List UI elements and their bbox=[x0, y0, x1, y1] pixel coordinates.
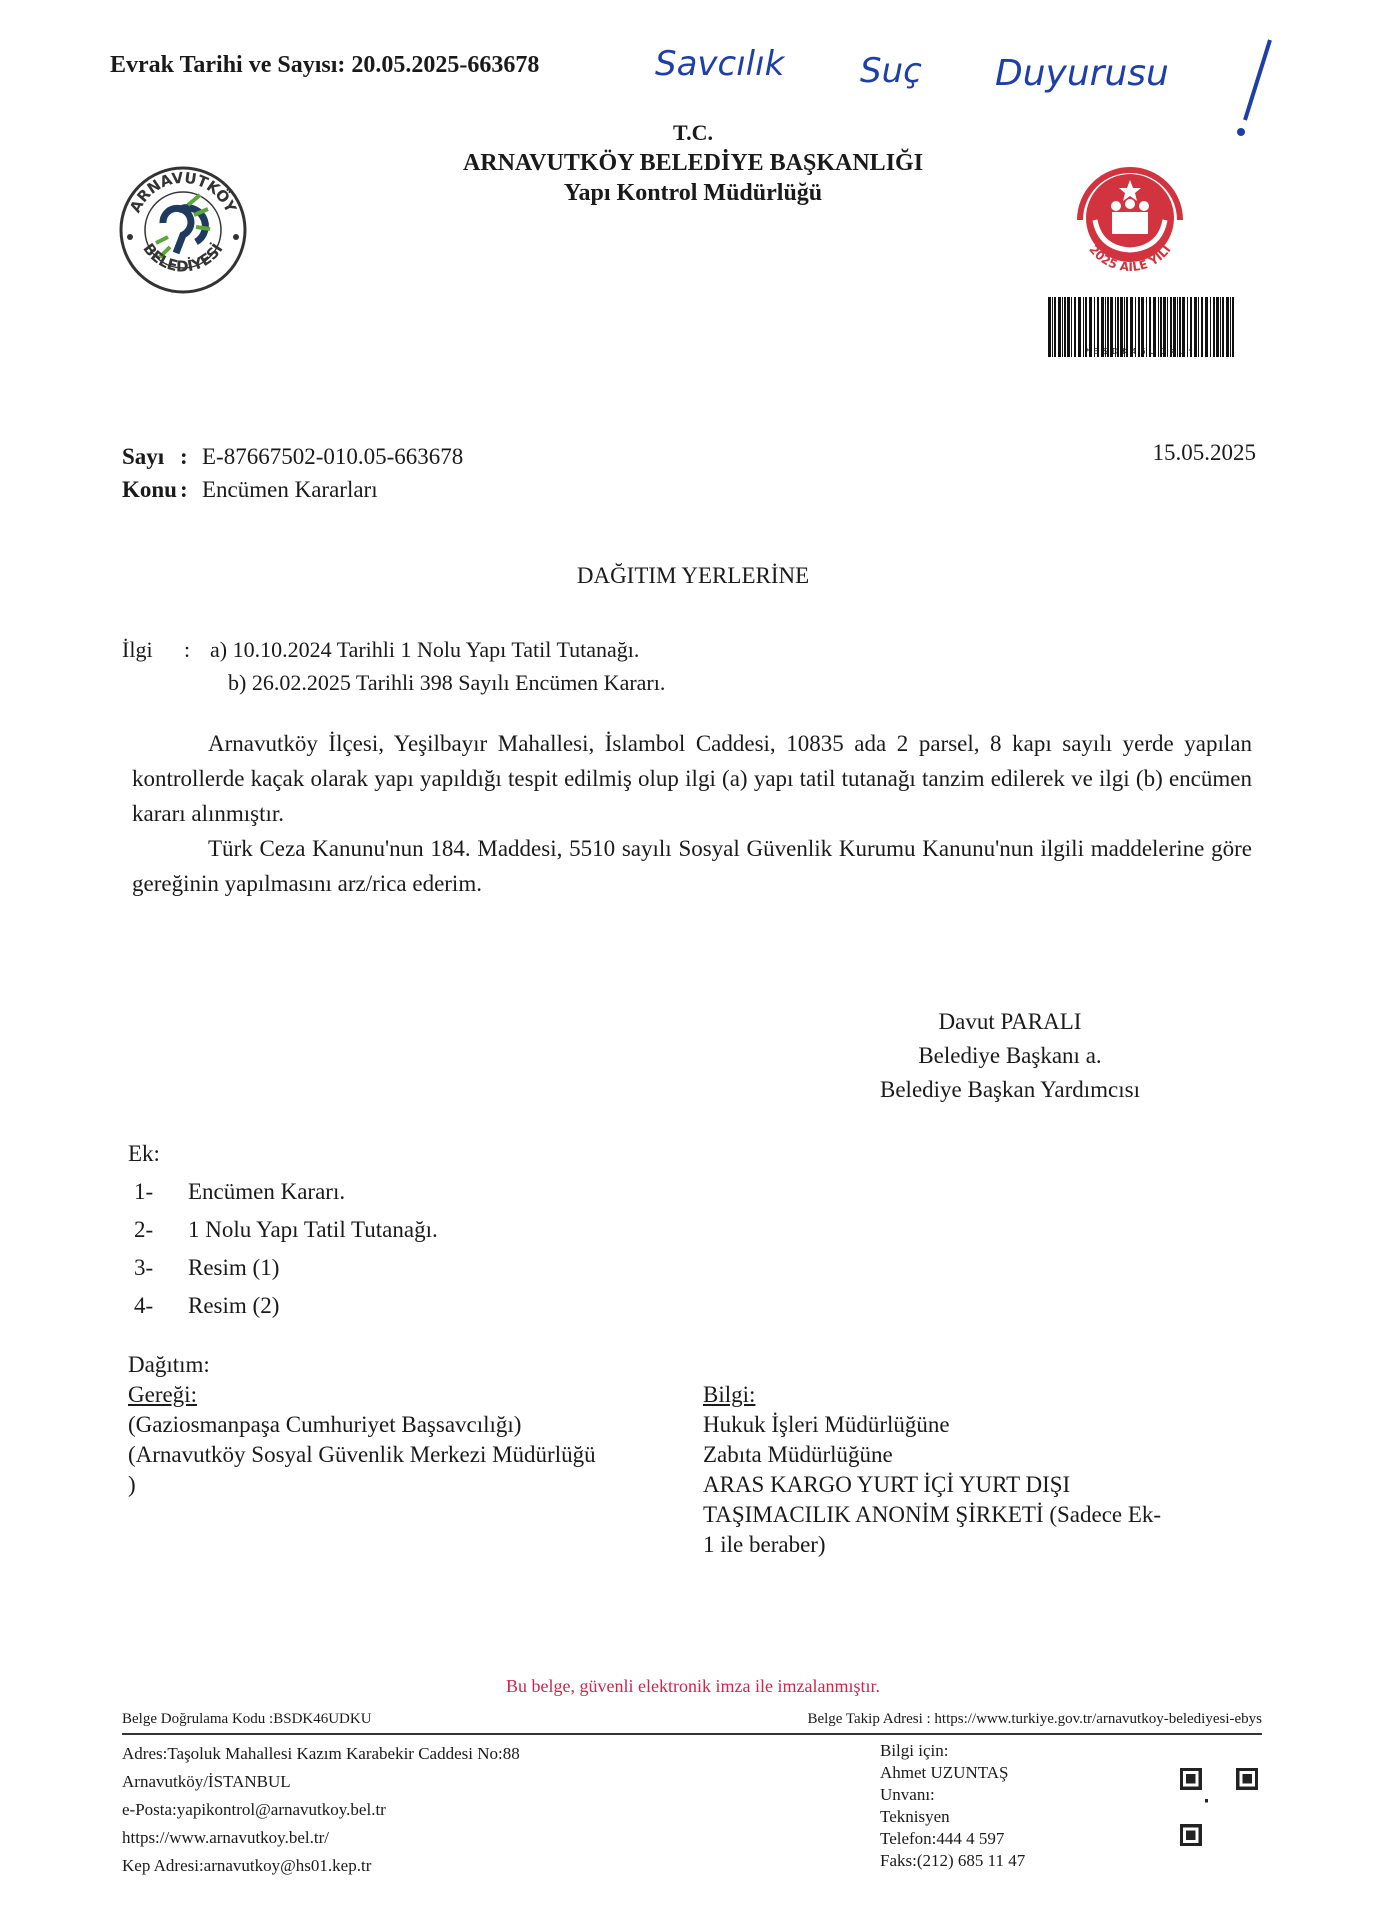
bilgi-label: Bilgi: bbox=[703, 1380, 1263, 1410]
distribution-geregi: Dağıtım: Gereği: (Gaziosmanpaşa Cumhuriy… bbox=[128, 1350, 596, 1500]
signature-block: Davut PARALI Belediye Başkanı a. Belediy… bbox=[850, 1005, 1170, 1107]
recipient-title: DAĞITIM YERLERİNE bbox=[0, 563, 1386, 589]
geregi-label: Gereği: bbox=[128, 1380, 596, 1410]
contact-fax: Faks:(212) 685 11 47 bbox=[880, 1850, 1025, 1872]
tracking-address-link[interactable]: Belge Takip Adresi : https://www.turkiye… bbox=[807, 1711, 1262, 1728]
reference-block: İlgi:a) 10.10.2024 Tarihli 1 Nolu Yapı T… bbox=[122, 633, 665, 699]
bilgi-item: 1 ile beraber) bbox=[703, 1530, 1263, 1560]
attachment-text: 1 Nolu Yapı Tatil Tutanağı. bbox=[188, 1217, 438, 1242]
attachment-item: 4-Resim (2) bbox=[128, 1287, 438, 1325]
attachment-text: Encümen Kararı. bbox=[188, 1179, 345, 1204]
attachment-item: 3-Resim (1) bbox=[128, 1249, 438, 1287]
header-tc: T.C. bbox=[0, 118, 1386, 148]
attachment-number: 1- bbox=[128, 1173, 188, 1211]
body-paragraph: Türk Ceza Kanunu'nun 184. Maddesi, 5510 … bbox=[132, 831, 1252, 901]
konu-label: Konu bbox=[122, 473, 180, 506]
signatory-title: Belediye Başkan Yardımcısı bbox=[850, 1073, 1170, 1107]
address-line: Adres:Taşoluk Mahallesi Kazım Karabekir … bbox=[122, 1740, 520, 1768]
footer-address: Adres:Taşoluk Mahallesi Kazım Karabekir … bbox=[122, 1740, 520, 1880]
footer-verification-row: Belge Doğrulama Kodu :BSDK46UDKU Belge T… bbox=[122, 1711, 1262, 1728]
attachment-item: 2-1 Nolu Yapı Tatil Tutanağı. bbox=[128, 1211, 438, 1249]
bilgi-item: TAŞIMACILIK ANONİM ŞİRKETİ (Sadece Ek- bbox=[703, 1500, 1263, 1530]
geregi-item: (Gaziosmanpaşa Cumhuriyet Başsavcılığı) bbox=[128, 1410, 596, 1440]
bilgi-item: ARAS KARGO YURT İÇİ YURT DIŞI bbox=[703, 1470, 1263, 1500]
kep-address[interactable]: Kep Adresi:arnavutkoy@hs01.kep.tr bbox=[122, 1852, 520, 1880]
footer-contact: Bilgi için: Ahmet UZUNTAŞ Unvanı: Teknis… bbox=[880, 1740, 1025, 1872]
sayi-colon: : bbox=[180, 440, 202, 473]
email-link[interactable]: e-Posta:yapikontrol@arnavutkoy.bel.tr bbox=[122, 1796, 520, 1824]
konu-colon: : bbox=[180, 473, 202, 506]
signatory-title: Belediye Başkanı a. bbox=[850, 1039, 1170, 1073]
attachment-number: 4- bbox=[128, 1287, 188, 1325]
contact-line: Unvanı: bbox=[880, 1784, 1025, 1806]
geregi-item: ) bbox=[128, 1470, 596, 1500]
address-line: Arnavutköy/İSTANBUL bbox=[122, 1768, 520, 1796]
reference-item: b) 26.02.2025 Tarihli 398 Sayılı Encümen… bbox=[122, 666, 665, 699]
attachments-label: Ek: bbox=[128, 1135, 438, 1173]
website-link[interactable]: https://www.arnavutkoy.bel.tr/ bbox=[122, 1824, 520, 1852]
contact-line: Bilgi için: bbox=[880, 1740, 1025, 1762]
attachment-text: Resim (2) bbox=[188, 1293, 279, 1318]
svg-text:BELEDİYESİ: BELEDİYESİ bbox=[139, 240, 226, 276]
ilgi-label: İlgi bbox=[122, 633, 184, 666]
attachment-item: 1-Encümen Kararı. bbox=[128, 1173, 438, 1211]
handwritten-word-2: Suç bbox=[860, 51, 922, 91]
geregi-item: (Arnavutköy Sosyal Güvenlik Merkezi Müdü… bbox=[128, 1440, 596, 1470]
body-paragraph: Arnavutköy İlçesi, Yeşilbayır Mahallesi,… bbox=[132, 726, 1252, 831]
signatory-name: Davut PARALI bbox=[850, 1005, 1170, 1039]
qr-code-icon[interactable] bbox=[1180, 1768, 1258, 1846]
reference-item: a) 10.10.2024 Tarihli 1 Nolu Yapı Tatil … bbox=[210, 637, 639, 662]
contact-title: Teknisyen bbox=[880, 1806, 1025, 1828]
verification-code: Belge Doğrulama Kodu :BSDK46UDKU bbox=[122, 1711, 372, 1728]
sayi-row: Sayı:E-87667502-010.05-663678 bbox=[122, 440, 463, 473]
konu-row: Konu:Encümen Kararları bbox=[122, 473, 463, 506]
document-date-number: Evrak Tarihi ve Sayısı: 20.05.2025-66367… bbox=[110, 52, 539, 79]
family-year-logo-icon: 2025 AİLE YILI bbox=[1060, 150, 1200, 290]
bilgi-item: Zabıta Müdürlüğüne bbox=[703, 1440, 1263, 1470]
letter-body: Arnavutköy İlçesi, Yeşilbayır Mahallesi,… bbox=[132, 726, 1252, 901]
barcode-text: *BSDK46UDKU* bbox=[1048, 347, 1234, 356]
sayi-value: E-87667502-010.05-663678 bbox=[202, 444, 463, 469]
exclamation-stroke bbox=[1245, 40, 1270, 120]
handwritten-word-1: Savcılık bbox=[655, 44, 786, 84]
contact-name: Ahmet UZUNTAŞ bbox=[880, 1762, 1025, 1784]
attachment-text: Resim (1) bbox=[188, 1255, 279, 1280]
document-date: 15.05.2025 bbox=[1153, 440, 1257, 466]
distribution-label: Dağıtım: bbox=[128, 1350, 596, 1380]
esign-notice: Bu belge, güvenli elektronik imza ile im… bbox=[0, 1676, 1386, 1697]
document-meta: Sayı:E-87667502-010.05-663678 Konu:Encüm… bbox=[122, 440, 463, 506]
distribution-bilgi: Bilgi: Hukuk İşleri Müdürlüğüne Zabıta M… bbox=[703, 1380, 1263, 1560]
ilgi-colon: : bbox=[184, 633, 210, 666]
attachment-number: 3- bbox=[128, 1249, 188, 1287]
handwritten-word-3: Duyurusu bbox=[995, 53, 1169, 94]
footer-divider bbox=[122, 1733, 1262, 1735]
sayi-label: Sayı bbox=[122, 440, 180, 473]
municipality-logo-icon: ARNAVUTKÖY BELEDİYESİ bbox=[118, 165, 248, 295]
bilgi-item: Hukuk İşleri Müdürlüğüne bbox=[703, 1410, 1263, 1440]
attachment-number: 2- bbox=[128, 1211, 188, 1249]
contact-phone: Telefon:444 4 597 bbox=[880, 1828, 1025, 1850]
attachments: Ek: 1-Encümen Kararı. 2-1 Nolu Yapı Tati… bbox=[128, 1135, 438, 1325]
konu-value: Encümen Kararları bbox=[202, 477, 378, 502]
